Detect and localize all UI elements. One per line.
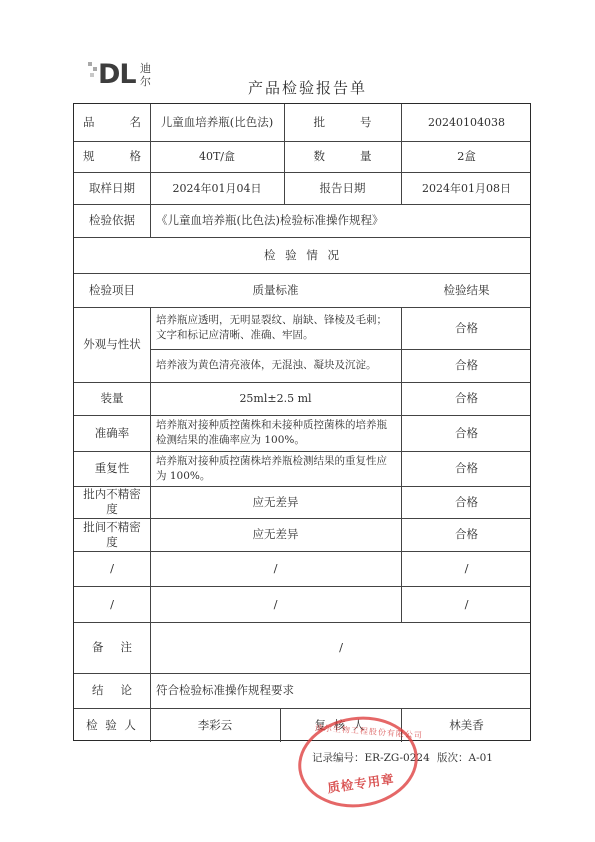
label-char: 规 bbox=[83, 149, 95, 164]
quantity-value: 2盒 bbox=[401, 141, 532, 172]
item-empty-2: / bbox=[74, 586, 150, 622]
standard-empty-1: / bbox=[150, 551, 401, 586]
report-date-value: 2024年01月08日 bbox=[401, 172, 532, 204]
label-char: 数 bbox=[314, 149, 326, 164]
spec-value: 40T/盒 bbox=[150, 141, 284, 172]
col-header-standard: 质量标准 bbox=[150, 273, 401, 307]
logo-pixel bbox=[93, 67, 97, 71]
sample-date-value: 2024年01月04日 bbox=[150, 172, 284, 204]
result-between-batch-imprecision: 合格 bbox=[401, 518, 532, 551]
item-between-batch-imprecision: 批间不精密度 bbox=[78, 518, 146, 551]
report-date-label: 报告日期 bbox=[284, 172, 401, 204]
conclusion-value: 符合检验标准操作规程要求 bbox=[150, 673, 532, 708]
basis-value: 《儿童血培养瓶(比色法)检验标准操作规程》 bbox=[150, 204, 532, 237]
label-char: 格 bbox=[130, 149, 142, 164]
item-accuracy: 准确率 bbox=[74, 415, 150, 451]
standard-appearance-2: 培养液为黄色清亮液体，无混浊、凝块及沉淀。 bbox=[150, 349, 401, 382]
stamp-center-text: 质检专用章 bbox=[303, 766, 418, 800]
result-appearance-2: 合格 bbox=[401, 349, 532, 382]
item-within-batch-imprecision: 批内不精密度 bbox=[78, 486, 146, 518]
inspection-report-table: 品名 儿童血培养瓶(比色法) 批号 20240104038 规格 40T/盒 数… bbox=[73, 103, 531, 741]
standard-accuracy: 培养瓶对接种质控菌株和未接种质控菌株的培养瓶检测结果的准确率应为 100%。 bbox=[150, 415, 401, 451]
product-name-label: 品名 bbox=[74, 104, 150, 141]
label-char: 结 bbox=[92, 683, 104, 698]
result-empty-2: / bbox=[401, 586, 532, 622]
item-repeatability: 重复性 bbox=[74, 451, 150, 486]
result-appearance-1: 合格 bbox=[401, 307, 532, 349]
conclusion-label: 结论 bbox=[74, 673, 150, 708]
product-name-value: 儿童血培养瓶(比色法) bbox=[150, 104, 284, 141]
remarks-label: 备注 bbox=[74, 622, 150, 673]
result-empty-1: / bbox=[401, 551, 532, 586]
standard-within-batch-imprecision: 应无差异 bbox=[150, 486, 401, 518]
item-empty-1: / bbox=[74, 551, 150, 586]
result-repeatability: 合格 bbox=[401, 451, 532, 486]
logo-cn-top: 迪 bbox=[140, 62, 151, 75]
batch-value: 20240104038 bbox=[401, 104, 532, 141]
label-char: 批 bbox=[314, 115, 326, 130]
col-header-result: 检验结果 bbox=[401, 273, 532, 307]
label-char: 论 bbox=[121, 683, 133, 698]
remarks-value: / bbox=[150, 622, 532, 673]
quantity-label: 数量 bbox=[284, 141, 401, 172]
inspection-section-title: 检 验 情 况 bbox=[74, 237, 532, 273]
document-title: 产品检验报告单 bbox=[0, 77, 595, 98]
batch-label: 批号 bbox=[284, 104, 401, 141]
inspector-name: 李彩云 bbox=[150, 708, 280, 742]
result-within-batch-imprecision: 合格 bbox=[401, 486, 532, 518]
standard-appearance-1: 培养瓶应透明，无明显裂纹、崩缺、锋棱及毛刺；文字和标记应清晰、准确、牢固。 bbox=[150, 307, 401, 349]
standard-repeatability: 培养瓶对接种质控菌株培养瓶检测结果的重复性应为 100%。 bbox=[150, 451, 401, 486]
sample-date-label: 取样日期 bbox=[74, 172, 150, 204]
label-char: 号 bbox=[360, 115, 372, 130]
item-appearance: 外观与性状 bbox=[74, 307, 150, 382]
label-char: 备 bbox=[92, 640, 104, 655]
label-char: 量 bbox=[360, 149, 372, 164]
col-header-item: 检验项目 bbox=[74, 273, 150, 307]
standard-volume: 25ml±2.5 ml bbox=[150, 382, 401, 415]
label-char: 品 bbox=[83, 115, 95, 130]
standard-empty-2: / bbox=[150, 586, 401, 622]
label-char: 名 bbox=[130, 115, 142, 130]
label-char: 注 bbox=[121, 640, 133, 655]
item-volume: 装量 bbox=[74, 382, 150, 415]
spec-label: 规格 bbox=[74, 141, 150, 172]
result-accuracy: 合格 bbox=[401, 415, 532, 451]
standard-between-batch-imprecision: 应无差异 bbox=[150, 518, 401, 551]
logo-pixel bbox=[88, 62, 92, 66]
inspector-label: 检 验 人 bbox=[74, 708, 150, 742]
version-number: 版次：A-01 bbox=[437, 750, 493, 765]
basis-label: 检验依据 bbox=[74, 204, 150, 237]
result-volume: 合格 bbox=[401, 382, 532, 415]
